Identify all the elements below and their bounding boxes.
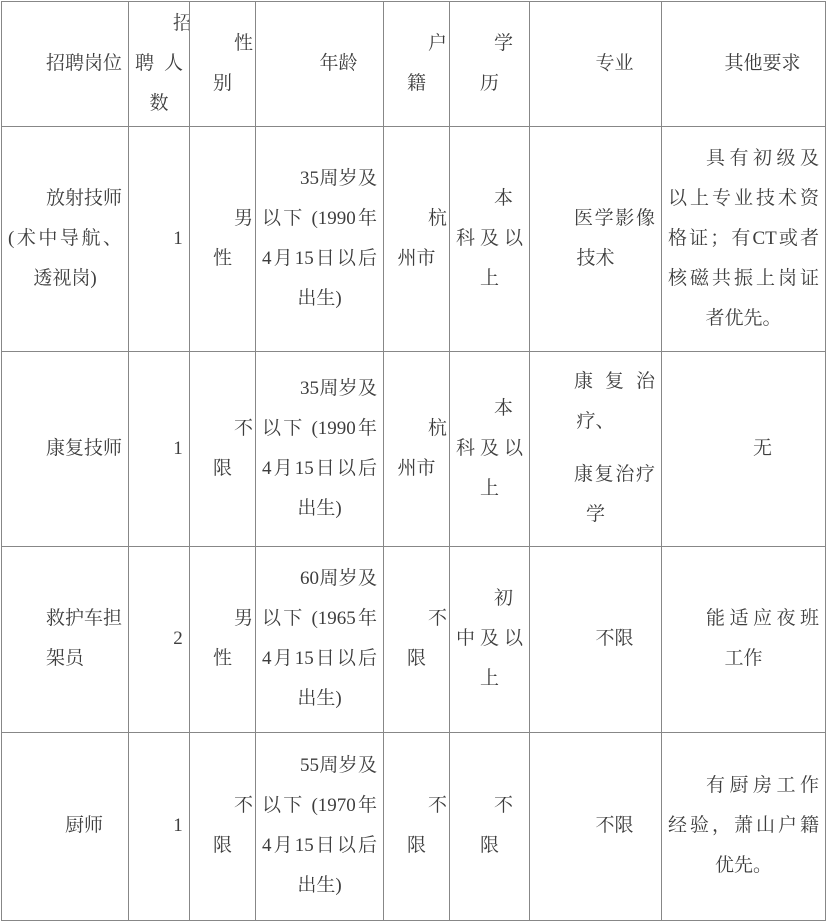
cell-headcount: 2 — [129, 546, 190, 732]
table-row: 放射技师(术中导航、透视岗) 1 男性 35周岁及以下 (1990年4月15日以… — [2, 126, 826, 351]
header-cell-age: 年龄 — [256, 2, 384, 127]
header-cell-headcount: 招聘人数 — [129, 2, 190, 127]
cell-text: 35周岁及以下 (1990年4月15日以后出生) — [262, 369, 377, 529]
cell-position: 放射技师(术中导航、透视岗) — [2, 126, 129, 351]
cell-text: 不限 — [536, 806, 655, 846]
cell-education: 本科及以上 — [450, 126, 530, 351]
cell-text: 1 — [135, 219, 183, 259]
cell-major: 医学影像技术 — [530, 126, 662, 351]
header-cell-position: 招聘岗位 — [2, 2, 129, 127]
cell-other-requirements: 能适应夜班工作 — [662, 546, 826, 732]
cell-text: 不限 — [390, 599, 443, 679]
cell-age: 60周岁及以下 (1965年4月15日以后出生) — [256, 546, 384, 732]
cell-hukou: 不限 — [384, 546, 450, 732]
cell-gender: 男性 — [190, 126, 256, 351]
header-label: 学历 — [456, 24, 523, 104]
cell-text: 初中及以上 — [456, 579, 523, 699]
cell-text: 男性 — [196, 599, 249, 679]
cell-headcount: 1 — [129, 351, 190, 546]
cell-text: 有厨房工作经验，萧山户籍优先。 — [668, 766, 819, 886]
header-cell-gender: 性别 — [190, 2, 256, 127]
cell-text: 医学影像技术 — [536, 199, 655, 279]
cell-text: 不限 — [536, 619, 655, 659]
cell-text: 厨师 — [8, 806, 122, 846]
header-cell-major: 专业 — [530, 2, 662, 127]
cell-text: 康复治疗学 — [536, 455, 655, 535]
recruitment-table: 招聘岗位 招聘人数 性别 年龄 户籍 学历 专业 其他要求 放射技师(术中导航、… — [1, 1, 826, 921]
cell-text: 不限 — [456, 786, 523, 866]
header-cell-hukou: 户籍 — [384, 2, 450, 127]
cell-text: 杭州市 — [390, 199, 443, 279]
header-label: 招聘岗位 — [8, 44, 122, 84]
cell-text: 具有初级及以上专业技术资格证；有CT或者核磁共振上岗证者优先。 — [668, 139, 819, 338]
cell-other-requirements: 具有初级及以上专业技术资格证；有CT或者核磁共振上岗证者优先。 — [662, 126, 826, 351]
cell-age: 35周岁及以下 (1990年4月15日以后出生) — [256, 351, 384, 546]
header-label: 性别 — [196, 24, 249, 104]
cell-text: 本科及以上 — [456, 389, 523, 509]
cell-hukou: 杭州市 — [384, 126, 450, 351]
cell-text: 康复技师 — [8, 429, 122, 469]
cell-position: 救护车担架员 — [2, 546, 129, 732]
cell-text: 35周岁及以下 (1990年4月15日以后出生) — [262, 159, 377, 319]
cell-text: 不限 — [390, 786, 443, 866]
cell-position: 康复技师 — [2, 351, 129, 546]
cell-text: 不限 — [196, 409, 249, 489]
cell-text: 康复治疗、 — [536, 362, 655, 442]
cell-text: 杭州市 — [390, 409, 443, 489]
cell-age: 35周岁及以下 (1990年4月15日以后出生) — [256, 126, 384, 351]
cell-text: 1 — [135, 806, 183, 846]
cell-major: 不限 — [530, 546, 662, 732]
cell-text: 60周岁及以下 (1965年4月15日以后出生) — [262, 559, 377, 719]
cell-text: 1 — [135, 429, 183, 469]
cell-text: 55周岁及以下 (1970年4月15日以后出生) — [262, 746, 377, 906]
header-label: 户籍 — [390, 24, 443, 104]
cell-headcount: 1 — [129, 126, 190, 351]
cell-text: 2 — [135, 619, 183, 659]
header-label: 招聘人数 — [135, 4, 183, 124]
cell-text: 救护车担架员 — [8, 599, 122, 679]
table-row: 康复技师 1 不限 35周岁及以下 (1990年4月15日以后出生) 杭州市 本… — [2, 351, 826, 546]
table-header-row: 招聘岗位 招聘人数 性别 年龄 户籍 学历 专业 其他要求 — [2, 2, 826, 127]
cell-education: 初中及以上 — [450, 546, 530, 732]
cell-gender: 男性 — [190, 546, 256, 732]
header-label: 其他要求 — [668, 44, 819, 84]
cell-other-requirements: 无 — [662, 351, 826, 546]
header-cell-other-requirements: 其他要求 — [662, 2, 826, 127]
cell-major: 康复治疗、 康复治疗学 — [530, 351, 662, 546]
cell-text: 能适应夜班工作 — [668, 599, 819, 679]
header-label: 年龄 — [262, 44, 377, 84]
cell-text: 放射技师(术中导航、透视岗) — [8, 179, 122, 299]
header-label: 专业 — [536, 44, 655, 84]
cell-text: 不限 — [196, 786, 249, 866]
cell-education: 本科及以上 — [450, 351, 530, 546]
cell-text: 男性 — [196, 199, 249, 279]
cell-gender: 不限 — [190, 351, 256, 546]
cell-text: 无 — [668, 429, 819, 469]
header-cell-education: 学历 — [450, 2, 530, 127]
cell-text: 本科及以上 — [456, 179, 523, 299]
table-row: 救护车担架员 2 男性 60周岁及以下 (1965年4月15日以后出生) 不限 … — [2, 546, 826, 732]
cell-hukou: 杭州市 — [384, 351, 450, 546]
